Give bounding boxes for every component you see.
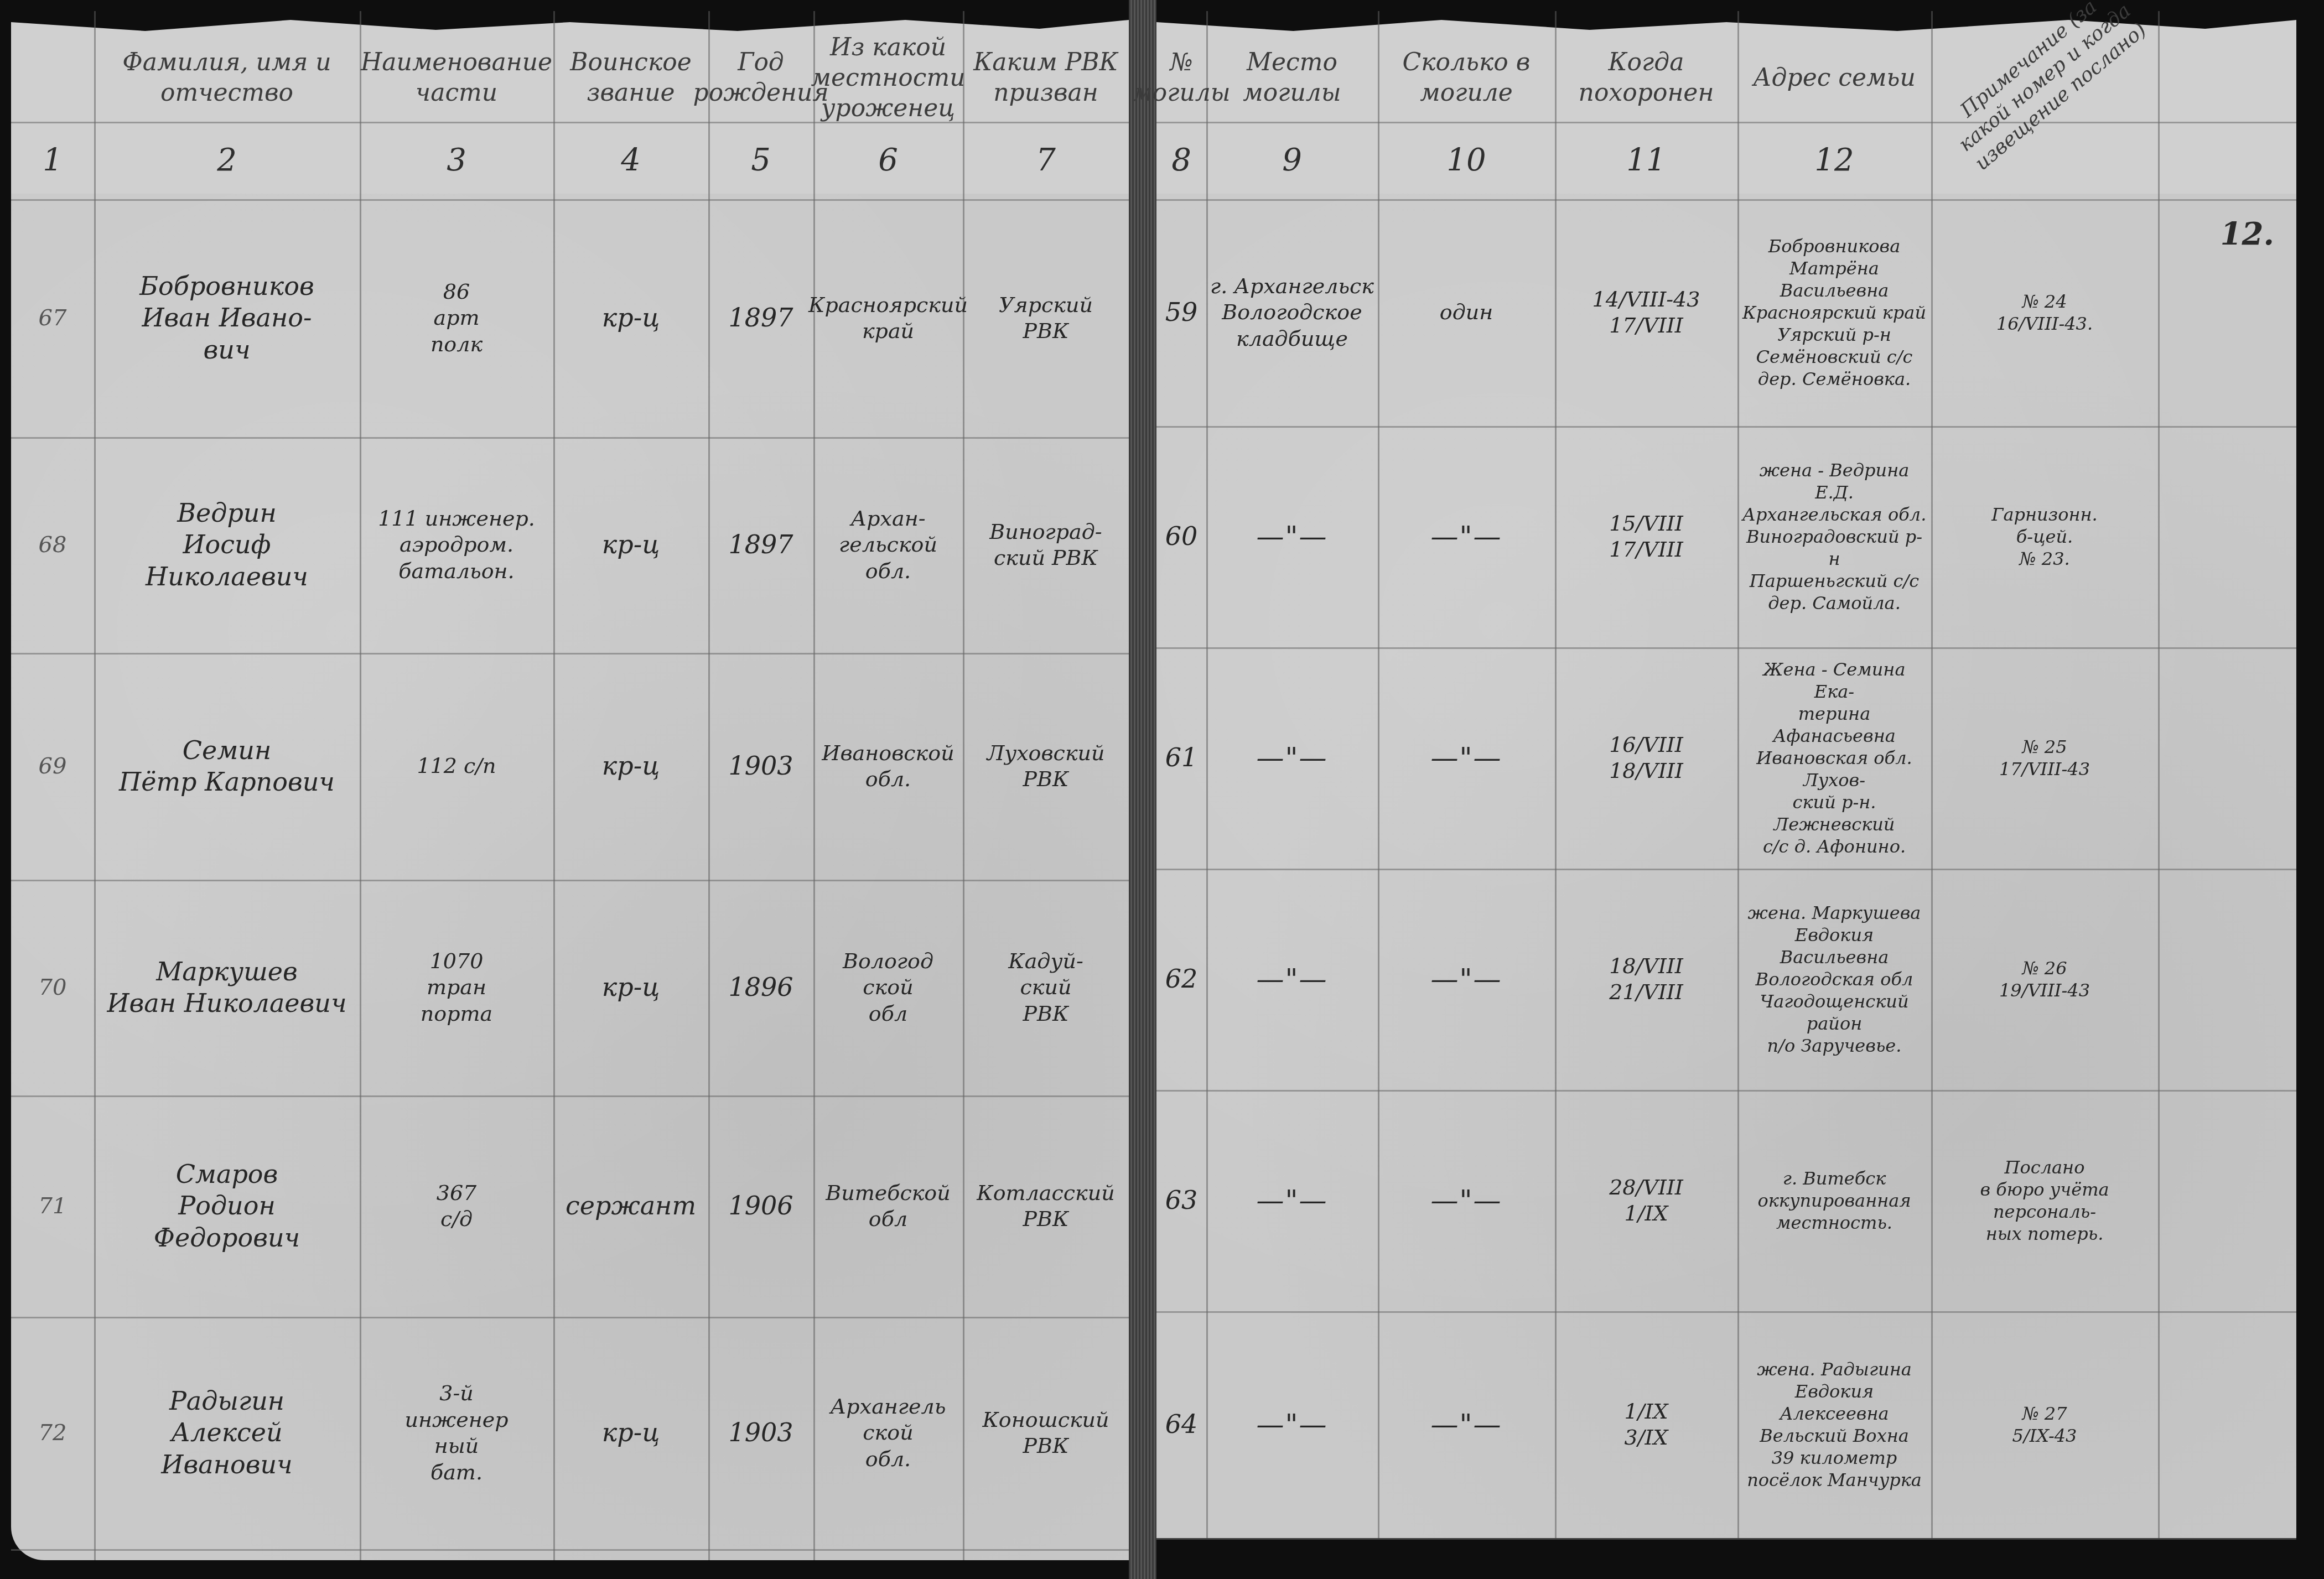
grave-no-text: 59 — [1165, 297, 1198, 329]
grave-place-text: кладбище — [1236, 326, 1348, 352]
name-text: Семин — [183, 735, 271, 767]
cell-grave-no: 60 — [1156, 426, 1206, 647]
cell-grave-place: —"— — [1206, 869, 1378, 1090]
grave-no-text: 64 — [1165, 1409, 1198, 1441]
rank-text: кр-ц — [602, 529, 660, 561]
cell-rvk: Кадуй-скийРВК — [963, 880, 1129, 1095]
grave-place-text: —"— — [1257, 520, 1328, 554]
cell-remark: № 2619/VIII-43 — [1931, 869, 2158, 1090]
burial-date-text: 3/IX — [1624, 1425, 1668, 1451]
name-text: Иванович — [161, 1449, 292, 1481]
cell-rank: кр-ц — [553, 880, 708, 1095]
rvk-text: РВК — [1023, 318, 1069, 345]
cell-in-grave: —"— — [1378, 1090, 1555, 1311]
born-text: 1897 — [728, 302, 793, 334]
burial-date-text: 15/VIII — [1609, 511, 1683, 537]
column-number: 8 — [1156, 122, 1206, 199]
family-text: Евдокия Васильевна — [1741, 924, 1928, 968]
name-text: Иван Николаевич — [107, 988, 346, 1020]
burial-date-text: 16/VIII — [1609, 732, 1683, 759]
cell-in-grave: —"— — [1378, 647, 1555, 869]
grave-no-text: 61 — [1165, 742, 1198, 774]
origin-text: ской — [863, 1420, 913, 1446]
cell-grave-place: —"— — [1206, 1090, 1378, 1311]
grave-place-text: Вологодское — [1222, 299, 1362, 326]
rvk-text: Луховский — [987, 740, 1104, 767]
family-text: с/с д. Афонино. — [1763, 835, 1906, 858]
remark-text: № 24 — [2022, 290, 2067, 313]
family-text: Ивановская обл. Лухов- — [1741, 747, 1928, 791]
cell-born: 1897 — [708, 199, 813, 437]
in-grave-text: —"— — [1431, 520, 1502, 554]
cell-dates: 1/IX3/IX — [1555, 1311, 1737, 1538]
family-text: Вологодская обл — [1756, 968, 1913, 990]
unit-text: 111 инженер. — [378, 506, 535, 532]
cell-grave-place: —"— — [1206, 1311, 1378, 1538]
column-header: Год рождения — [708, 33, 813, 122]
unit-text: 3-й — [439, 1380, 474, 1407]
in-grave-text: —"— — [1431, 741, 1502, 776]
name-text: Радыгин — [169, 1385, 284, 1417]
name-text: вич — [203, 334, 250, 366]
origin-text: обл. — [865, 766, 911, 793]
rvk-text: Коношский — [982, 1407, 1109, 1433]
unit-text: 1070 — [430, 948, 484, 975]
origin-text: Витебской — [826, 1180, 950, 1207]
name-text: Федорович — [154, 1222, 300, 1254]
born-text: 1903 — [728, 750, 793, 782]
family-text: жена. Маркушева — [1748, 902, 1921, 924]
cell-in-grave: —"— — [1378, 426, 1555, 647]
grave-place-text: —"— — [1257, 1183, 1328, 1218]
cell-born: 1897 — [708, 437, 813, 653]
family-text: Архангельская обл. — [1742, 503, 1927, 526]
cell-unit: 112 с/п — [360, 653, 553, 880]
cell-in-grave: один — [1378, 199, 1555, 426]
unit-text: 112 с/п — [417, 753, 496, 780]
remark-text: персональ- — [1993, 1201, 2096, 1223]
cell-rvk: Виноград-ский РВК — [963, 437, 1129, 653]
unit-text: батальон. — [398, 558, 514, 585]
remark-text: № 27 — [2022, 1403, 2067, 1425]
cell-family: Жена - Семина Ека-терина АфанасьевнаИван… — [1737, 647, 1931, 869]
name-text: Смаров — [176, 1159, 278, 1191]
family-text: ский р-н. Лежневский — [1741, 791, 1928, 835]
unit-text: полк — [430, 331, 483, 358]
book-spine — [1129, 0, 1156, 1579]
grave-place-text: —"— — [1257, 962, 1328, 997]
column-header: Фамилия, имя и отчество — [94, 33, 360, 122]
remark-text: Послано — [2005, 1156, 2085, 1178]
cell-dates: 18/VIII21/VIII — [1555, 869, 1737, 1090]
family-text: Вельский Вохна — [1760, 1425, 1909, 1447]
in-grave-text: —"— — [1431, 962, 1502, 997]
cell-rank: кр-ц — [553, 199, 708, 437]
family-text: п/о Заручевье. — [1767, 1035, 1902, 1057]
family-text: 39 километр — [1772, 1447, 1897, 1469]
rvk-text: ский РВК — [994, 545, 1098, 572]
unit-text: ный — [434, 1433, 479, 1459]
rvk-text: РВК — [1023, 1001, 1069, 1027]
column-header: Наименование части — [360, 33, 553, 122]
row-text: 71 — [39, 1192, 67, 1220]
unit-text: бат. — [430, 1459, 483, 1486]
in-grave-text: один — [1440, 299, 1493, 326]
column-number: 1 — [11, 122, 94, 199]
origin-text: гельской — [839, 532, 937, 558]
rvk-text: ский — [1020, 974, 1072, 1001]
burial-date-text: 17/VIII — [1609, 313, 1683, 339]
ledger-spread: 1Фамилия, имя и отчество2Наименование ча… — [0, 0, 2324, 1579]
origin-text: Красноярский — [808, 292, 968, 319]
origin-text: Архангель — [831, 1394, 946, 1420]
row-text: 69 — [39, 752, 67, 780]
cell-rank: кр-ц — [553, 653, 708, 880]
column-header: № могилы — [1156, 33, 1206, 122]
cell-born: 1906 — [708, 1095, 813, 1317]
cell-name: СмаровРодионФедорович — [94, 1095, 360, 1317]
cell-remark: № 2416/VIII-43. — [1931, 199, 2158, 426]
cell-remark: Посланов бюро учётаперсональ-ных потерь. — [1931, 1090, 2158, 1311]
cell-grave-place: —"— — [1206, 647, 1378, 869]
cell-origin: Ивановскойобл. — [813, 653, 963, 880]
cell-family: жена - Ведрина Е.Д.Архангельская обл.Вин… — [1737, 426, 1931, 647]
rvk-text: Уярский — [999, 292, 1093, 319]
cell-in-grave: —"— — [1378, 869, 1555, 1090]
remark-text: № 25 — [2022, 736, 2067, 758]
cell-rvk: КотласскийРВК — [963, 1095, 1129, 1317]
cell-rvk: КоношскийРВК — [963, 1317, 1129, 1549]
burial-date-text: 28/VIII — [1609, 1175, 1683, 1201]
cell-family: г. Витебскоккупированнаяместность. — [1737, 1090, 1931, 1311]
cell-dates: 15/VIII17/VIII — [1555, 426, 1737, 647]
rank-text: кр-ц — [602, 1417, 660, 1449]
origin-text: обл — [869, 1001, 907, 1027]
column-number: 5 — [708, 122, 813, 199]
cell-origin: Витебскойобл — [813, 1095, 963, 1317]
row-text: 72 — [39, 1419, 67, 1447]
row-text: 70 — [39, 974, 67, 1001]
in-grave-text: —"— — [1431, 1183, 1502, 1218]
family-text: Паршеньгский с/с — [1750, 570, 1919, 592]
column-header: Воинское звание — [553, 33, 708, 122]
origin-text: Архан- — [850, 506, 925, 532]
cell-grave-no: 62 — [1156, 869, 1206, 1090]
rvk-text: РВК — [1023, 766, 1069, 793]
cell-rvk: УярскийРВК — [963, 199, 1129, 437]
born-text: 1896 — [728, 972, 793, 1004]
cell-name: СеминПётр Карпович — [94, 653, 360, 880]
origin-text: обл — [869, 1206, 907, 1233]
rvk-text: Кадуй- — [1008, 948, 1083, 975]
cell-grave-no: 64 — [1156, 1311, 1206, 1538]
family-text: Красноярский край — [1742, 302, 1926, 324]
family-text: Евдокия Алексеевна — [1741, 1380, 1928, 1425]
grave-no-text: 62 — [1165, 963, 1198, 995]
column-header: Место могилы — [1206, 33, 1378, 122]
column-number — [1931, 122, 2158, 199]
cell-origin: Вологодскойобл — [813, 880, 963, 1095]
burial-date-text: 21/VIII — [1609, 979, 1683, 1006]
cell-origin: Архангельскойобл. — [813, 1317, 963, 1549]
origin-text: Ивановской — [822, 740, 954, 767]
cell-rank: кр-ц — [553, 1317, 708, 1549]
name-text: Бобровников — [139, 271, 314, 303]
cell-dates: 16/VIII18/VIII — [1555, 647, 1737, 869]
unit-text: с/д — [440, 1206, 473, 1233]
name-text: Алексей — [171, 1417, 282, 1449]
rvk-text: РВК — [1023, 1433, 1069, 1459]
cell-grave-no: 59 — [1156, 199, 1206, 426]
row-text: 68 — [39, 531, 67, 559]
rank-text: сержант — [566, 1190, 696, 1222]
family-text: Жена - Семина Ека- — [1741, 658, 1928, 703]
rvk-text: Котласский — [977, 1180, 1114, 1207]
unit-text: 367 — [437, 1180, 477, 1207]
cell-name: БобровниковИван Ивано-вич — [94, 199, 360, 437]
remark-text: 19/VIII-43 — [1999, 979, 2090, 1001]
grave-no-text: 63 — [1165, 1185, 1198, 1217]
remark-text: Гарнизонн. — [1991, 503, 2097, 526]
family-text: оккупированная — [1757, 1190, 1911, 1212]
column-header: Адрес семьи — [1737, 33, 1931, 122]
family-text: дер. Семёновка. — [1758, 368, 1911, 390]
right-page: 12. № могилы8Место могилы9Сколько в моги… — [1156, 11, 2296, 1538]
column-header: Из какой местности уроженец — [813, 33, 963, 122]
origin-text: обл. — [865, 558, 911, 585]
family-text: Васильевна — [1780, 279, 1889, 302]
cell-remark: № 2517/VIII-43 — [1931, 647, 2158, 869]
rvk-text: Виноград- — [989, 519, 1102, 546]
burial-date-text: 1/IX — [1624, 1201, 1668, 1227]
rvk-text: РВК — [1023, 1206, 1069, 1233]
unit-text: тран — [427, 974, 486, 1001]
column-header: Сколько в могиле — [1378, 33, 1555, 122]
cell-dates: 28/VIII1/IX — [1555, 1090, 1737, 1311]
family-text: дер. Самойла. — [1768, 592, 1901, 614]
family-text: жена - Ведрина Е.Д. — [1741, 459, 1928, 503]
name-text: Иосиф — [183, 529, 271, 561]
family-text: Бобровникова Матрёна — [1741, 235, 1928, 279]
cell-family: жена. МаркушеваЕвдокия ВасильевнаВологод… — [1737, 869, 1931, 1090]
cell-rank: кр-ц — [553, 437, 708, 653]
column-number: 11 — [1555, 122, 1737, 199]
origin-text: Вологод — [843, 948, 933, 975]
origin-text: край — [862, 318, 914, 345]
cell-name: ВедринИосифНиколаевич — [94, 437, 360, 653]
rank-text: кр-ц — [602, 972, 660, 1004]
family-text: местность. — [1776, 1212, 1892, 1234]
cell-born: 1903 — [708, 653, 813, 880]
column-number: 3 — [360, 122, 553, 199]
unit-text: порта — [421, 1001, 492, 1027]
column-number: 2 — [94, 122, 360, 199]
column-header: Каким РВК призван — [963, 33, 1129, 122]
rank-text: кр-ц — [602, 750, 660, 782]
in-grave-text: —"— — [1431, 1407, 1502, 1442]
page-number: 12. — [2221, 216, 2274, 252]
name-text: Родион — [178, 1190, 275, 1222]
cell-row: 67 — [11, 199, 94, 437]
cell-remark: № 275/IX-43 — [1931, 1311, 2158, 1538]
cell-grave-no: 61 — [1156, 647, 1206, 869]
remark-text: 17/VIII-43 — [1999, 758, 2090, 780]
remark-text: б-цей. — [2016, 526, 2073, 548]
left-page: 1Фамилия, имя и отчество2Наименование ча… — [11, 11, 1129, 1560]
row-rule — [11, 1549, 1129, 1551]
remark-text: 16/VIII-43. — [1996, 313, 2093, 335]
born-text: 1906 — [728, 1190, 793, 1222]
remark-text: 5/IX-43 — [2012, 1425, 2077, 1447]
cell-dates: 14/VIII-4317/VIII — [1555, 199, 1737, 426]
cell-unit: 1070транпорта — [360, 880, 553, 1095]
cell-origin: Архан-гельскойобл. — [813, 437, 963, 653]
row-rule — [1156, 1538, 2296, 1540]
grave-place-text: г. Архангельск — [1210, 273, 1374, 300]
cell-born: 1896 — [708, 880, 813, 1095]
family-text: Уярский р-н — [1777, 324, 1891, 346]
cell-name: МаркушевИван Николаевич — [94, 880, 360, 1095]
cell-unit: 86артполк — [360, 199, 553, 437]
name-text: Иван Ивано- — [142, 302, 312, 334]
remark-text: ных потерь. — [1986, 1223, 2104, 1245]
cell-family: жена. РадыгинаЕвдокия АлексеевнаВельский… — [1737, 1311, 1931, 1538]
cell-in-grave: —"— — [1378, 1311, 1555, 1538]
unit-text: аэродром. — [400, 532, 513, 558]
name-text: Маркушев — [156, 956, 298, 988]
family-text: терина Афанасьевна — [1741, 703, 1928, 747]
family-text: Виноградовский р-н — [1741, 526, 1928, 570]
unit-text: инженер — [404, 1407, 508, 1433]
column-number: 10 — [1378, 122, 1555, 199]
column-number: 6 — [813, 122, 963, 199]
remark-text: в бюро учёта — [1980, 1178, 2109, 1201]
burial-date-text: 17/VIII — [1609, 537, 1683, 563]
cell-remark: Гарнизонн.б-цей.№ 23. — [1931, 426, 2158, 647]
name-text: Пётр Карпович — [119, 766, 335, 798]
cell-family: Бобровникова МатрёнаВасильевнаКрасноярск… — [1737, 199, 1931, 426]
cell-born: 1903 — [708, 1317, 813, 1549]
row-text: 67 — [39, 304, 67, 332]
cell-row: 70 — [11, 880, 94, 1095]
cell-row: 72 — [11, 1317, 94, 1549]
grave-no-text: 60 — [1165, 521, 1198, 553]
cell-unit: 367с/д — [360, 1095, 553, 1317]
cell-origin: Красноярскийкрай — [813, 199, 963, 437]
cell-grave-place: —"— — [1206, 426, 1378, 647]
family-text: г. Витебск — [1783, 1167, 1886, 1190]
cell-row: 71 — [11, 1095, 94, 1317]
family-text: жена. Радыгина — [1757, 1358, 1912, 1380]
burial-date-text: 14/VIII-43 — [1592, 287, 1700, 313]
column-header — [11, 33, 94, 122]
column-number: 7 — [963, 122, 1129, 199]
unit-text: арт — [433, 305, 479, 331]
cell-unit: 111 инженер.аэродром.батальон. — [360, 437, 553, 653]
burial-date-text: 1/IX — [1624, 1399, 1668, 1425]
cell-unit: 3-йинженерныйбат. — [360, 1317, 553, 1549]
origin-text: ской — [863, 974, 913, 1001]
column-header: Когда похоронен — [1555, 33, 1737, 122]
burial-date-text: 18/VIII — [1609, 953, 1683, 980]
cell-row: 69 — [11, 653, 94, 880]
remark-text: № 23. — [2019, 548, 2069, 570]
remark-text: № 26 — [2022, 957, 2067, 979]
column-number: 9 — [1206, 122, 1378, 199]
cell-grave-place: г. АрхангельскВологодскоекладбище — [1206, 199, 1378, 426]
born-text: 1903 — [728, 1417, 793, 1449]
cell-row: 68 — [11, 437, 94, 653]
cell-name: РадыгинАлексейИванович — [94, 1317, 360, 1549]
column-number: 4 — [553, 122, 708, 199]
burial-date-text: 18/VIII — [1609, 758, 1683, 785]
family-text: посёлок Манчурка — [1747, 1469, 1922, 1491]
cell-rvk: ЛуховскийРВК — [963, 653, 1129, 880]
name-text: Ведрин — [177, 497, 277, 529]
grave-place-text: —"— — [1257, 1407, 1328, 1442]
name-text: Николаевич — [146, 561, 308, 593]
unit-text: 86 — [443, 279, 470, 305]
family-text: Семёновский с/с — [1756, 346, 1913, 368]
origin-text: обл. — [865, 1446, 911, 1473]
cell-rank: сержант — [553, 1095, 708, 1317]
family-text: Чагодощенский район — [1741, 990, 1928, 1035]
column-number: 12 — [1737, 122, 1931, 199]
cell-grave-no: 63 — [1156, 1090, 1206, 1311]
rank-text: кр-ц — [602, 302, 660, 334]
grave-place-text: —"— — [1257, 741, 1328, 776]
column-rule — [2158, 11, 2160, 1538]
born-text: 1897 — [728, 529, 793, 561]
